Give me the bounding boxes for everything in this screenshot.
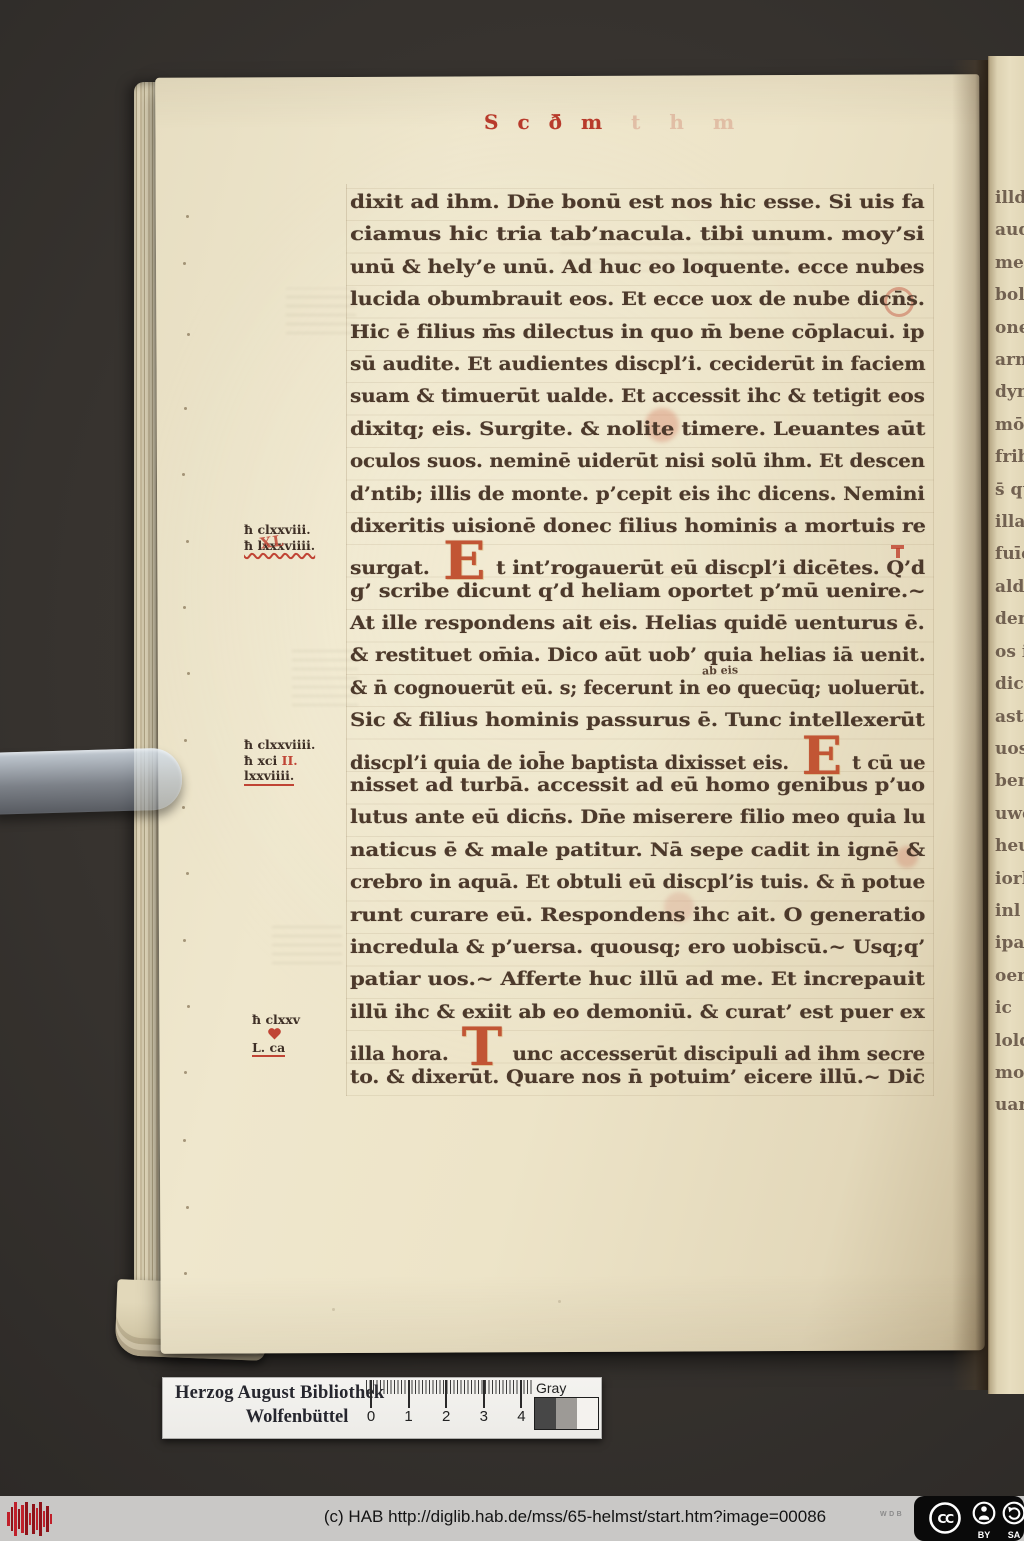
- running-title: Scð̄mthm: [484, 110, 734, 134]
- pricking-dot: [183, 1139, 186, 1142]
- facing-page-line: mola d: [995, 1057, 1024, 1089]
- logo-bar: [25, 1502, 28, 1535]
- pricking-dot: [182, 806, 185, 809]
- logo-bar: [46, 1506, 49, 1532]
- facing-page-text: illd Paud s̄memboleonemarnmdyne imōit af…: [995, 182, 1024, 1122]
- facing-page-line: ic: [995, 992, 1024, 1024]
- ruler-unit-tick: [445, 1380, 447, 1408]
- copyright-text: (c) HAB http://diglib.hab.de/mss/65-helm…: [324, 1507, 826, 1527]
- manuscript-line: discpl’i quia de ioh̄e baptista dixisset…: [350, 737, 930, 769]
- interlinear-gloss: ab eis: [702, 663, 738, 677]
- facing-page-line: fuīe: [995, 538, 1024, 570]
- ruler-unit-tick: [370, 1380, 372, 1408]
- manuscript-line-text: unū & hely’e unū. Ad huc eo loquente. ec…: [350, 251, 924, 283]
- manuscript-line-text: d’ntib; illis de monte. p’cepit eis ihc …: [350, 478, 925, 510]
- margin-note-line: ħ clxxviiii.: [244, 737, 315, 753]
- pricking-dot: [186, 540, 189, 543]
- hab-logo-barcode-icon: [7, 1496, 52, 1541]
- facing-page-line: aldes: [995, 571, 1024, 603]
- pricking-dot: [332, 1308, 335, 1311]
- margin-note-2: ħ clxxvL. ca: [252, 1012, 300, 1057]
- page-holder-strip: [0, 747, 183, 814]
- logo-bar: [39, 1502, 42, 1536]
- manuscript-line: dixitq; eis. Surgite. & nolite timere. L…: [350, 413, 930, 445]
- manuscript-line: crebro in aquā. Et obtuli eū discpl’is t…: [350, 866, 930, 898]
- cc-logo-text: CC: [937, 1511, 954, 1526]
- manuscript-line-text: lucida obumbrauit eos. Et ecce uox de nu…: [350, 283, 925, 315]
- facing-page-line: ben ac: [995, 765, 1024, 797]
- ruler-unit-tick: [483, 1380, 485, 1408]
- logo-bar: [32, 1504, 35, 1534]
- facing-page-line: inl m: [995, 895, 1024, 927]
- margin-note-line: ħ clxxv: [252, 1012, 300, 1028]
- manuscript-line-text: incredula & p’uersa. quousq; ero uobiscū…: [350, 931, 925, 963]
- manuscript-line-text: Hic ē filius m̄s dilectus in quo m̄ bene…: [350, 316, 924, 348]
- manuscript-line-text: nisset ad turbā. accessit ad eū homo gen…: [350, 769, 925, 801]
- facing-page-line: onem: [995, 312, 1024, 344]
- pricking-dot: [184, 1071, 187, 1074]
- ruler-unit-tick: [520, 1380, 522, 1408]
- manuscript-line: Sic & filius hominis passurus ē. Tunc in…: [350, 704, 930, 736]
- margin-note-red-overlay: XL: [259, 531, 285, 552]
- grayscale-patch: [535, 1398, 556, 1429]
- manuscript-line: suam & timuerūt ualde. Et accessit ihc &…: [350, 380, 930, 412]
- manuscript-line-text: dixeritis uisionē donec filius hominis a…: [350, 510, 926, 542]
- manuscript-line-text: to. & dixerūt. Quare nos n̄ potuim’ eice…: [350, 1061, 925, 1093]
- ruler-number: 2: [438, 1408, 454, 1425]
- cc-by-label: BY: [978, 1530, 991, 1540]
- facing-page-line: demis: [995, 603, 1024, 635]
- cc-license-badge: CC BY SA: [914, 1496, 1024, 1541]
- logo-bar: [29, 1513, 31, 1525]
- red-tick-mark-stem: [896, 548, 900, 558]
- manuscript-line-text: lutus ante eū dicn̄s. Dn̄e miserere fili…: [350, 801, 926, 833]
- grayscale-patch: [556, 1398, 577, 1429]
- pricking-dot: [187, 672, 190, 675]
- pricking-dot: [186, 872, 189, 875]
- manuscript-line-text: ciamus hic tria tab’nacula. tibi unum. m…: [350, 218, 924, 250]
- manuscript-line-text: At ille respondens ait eis. Helias quidē…: [350, 607, 925, 639]
- manuscript-line-text: & restituet om̄ia. Dico aūt uob’ quia he…: [350, 639, 925, 671]
- facing-page-line: uosel: [995, 733, 1024, 765]
- facing-page-line: illd P: [995, 182, 1024, 214]
- logo-bar: [14, 1502, 17, 1536]
- manuscript-line-text: dixitq; eis. Surgite. & nolite timere. L…: [350, 413, 925, 445]
- facing-page-line: iorl fi: [995, 863, 1024, 895]
- running-title-letter: S: [484, 110, 498, 134]
- manuscript-line-text: & n̄ cognouerūt eū. s; fecerunt in eo qu…: [350, 672, 925, 704]
- pricking-dot: [187, 1005, 190, 1008]
- ruler-number: 3: [476, 1408, 492, 1425]
- manuscript-line: illū ihc & exiit ab eo demoniū. & curat’…: [350, 996, 930, 1028]
- pricking-dot: [183, 262, 186, 265]
- ruler-unit-tick: [408, 1380, 410, 1408]
- ruler-number: 1: [401, 1408, 417, 1425]
- manuscript-line: lutus ante eū dicn̄s. Dn̄e miserere fili…: [350, 801, 930, 833]
- person-icon: [981, 1506, 987, 1512]
- ruler-fine-ticks: [366, 1380, 534, 1394]
- facing-page-line: ipar: [995, 927, 1024, 959]
- cc-sa-label: SA: [1008, 1530, 1021, 1540]
- manuscript-line: oculos suos. neminē uiderūt nisi solū ih…: [350, 445, 930, 477]
- pricking-dot: [182, 473, 185, 476]
- library-name: Herzog August Bibliothek: [175, 1383, 384, 1404]
- person-body-icon: [979, 1515, 989, 1519]
- pricking-dot: [184, 1272, 187, 1275]
- running-title-letter-faint: t: [631, 110, 640, 134]
- pricking-dot: [184, 739, 187, 742]
- manuscript-line: unū & hely’e unū. Ad huc eo loquente. ec…: [350, 251, 930, 283]
- manuscript-line-text: illū ihc & exiit ab eo demoniū. & curat’…: [350, 996, 925, 1028]
- show-through-blotch: [292, 648, 358, 706]
- manuscript-line: ciamus hic tria tab’nacula. tibi unum. m…: [350, 218, 930, 250]
- manuscript-line: & restituet om̄ia. Dico aūt uob’ quia he…: [350, 639, 930, 671]
- logo-bar: [11, 1507, 13, 1531]
- pricking-dot: [184, 407, 187, 410]
- manuscript-line: dixeritis uisionē donec filius hominis a…: [350, 510, 930, 542]
- footer-bar: (c) HAB http://diglib.hab.de/mss/65-helm…: [0, 1496, 1024, 1541]
- manuscript-line: & n̄ cognouerūt eū. s; fecerunt in eo qu…: [350, 672, 930, 704]
- grayscale-patch: [577, 1398, 598, 1429]
- facing-page-line: oem: [995, 960, 1024, 992]
- margin-note-line: L. ca: [252, 1040, 285, 1058]
- manuscript-line: d’ntib; illis de monte. p’cepit eis ihc …: [350, 478, 930, 510]
- logo-bar: [21, 1505, 24, 1533]
- manuscript-line: dixit ad ihm. Dn̄e bonū est nos hic esse…: [350, 186, 930, 218]
- manuscript-line-text: suam & timuerūt ualde. Et accessit ihc &…: [350, 380, 925, 412]
- manuscript-line: g’ scribe dicunt q’d heliam oportet p’mū…: [350, 575, 930, 607]
- manuscript-line-text: patiar uos.~ Afferte huc illū ad me. Et …: [350, 963, 925, 995]
- grayscale-patches: [534, 1397, 599, 1430]
- manuscript-line: nisset ad turbā. accessit ad eū homo gen…: [350, 769, 930, 801]
- facing-page-line: lolqu: [995, 1025, 1024, 1057]
- manuscript-line-text: oculos suos. neminē uiderūt nisi solū ih…: [350, 445, 925, 477]
- facing-page-line: fribe: [995, 441, 1024, 473]
- margin-note-line: lxxviiii.: [244, 768, 294, 786]
- facing-page-line: os ip: [995, 636, 1024, 668]
- manuscript-line: illa hora. Tunc accesserūt discipuli ad …: [350, 1028, 930, 1060]
- facing-page-line: dyne i: [995, 376, 1024, 408]
- manuscript-line-text: naticus ē & male patitur. Nā sepe cadit …: [350, 834, 925, 866]
- manuscript-line-text: dixit ad ihm. Dn̄e bonū est nos hic esse…: [350, 186, 924, 218]
- margin-note-1: ħ clxxviiii.ħ xci II.lxxviiii.: [244, 737, 315, 786]
- pricking-dot: [186, 1206, 189, 1209]
- manuscript-line: Hic ē filius m̄s dilectus in quo m̄ bene…: [350, 316, 930, 348]
- show-through-blotch: [272, 924, 342, 964]
- logo-bar: [7, 1512, 10, 1526]
- ruler-number: 0: [363, 1408, 379, 1425]
- calibration-card: Herzog August Bibliothek Wolfenbüttel 01…: [162, 1377, 602, 1439]
- facing-page-line: aud s̄: [995, 214, 1024, 246]
- running-title-letter: ð̄: [549, 110, 562, 134]
- facing-page-line: arnm: [995, 344, 1024, 376]
- manuscript-line: naticus ē & male patitur. Nā sepe cadit …: [350, 834, 930, 866]
- facing-page-line: illag: [995, 506, 1024, 538]
- pricking-dot: [558, 1300, 561, 1303]
- photo-stage: Scð̄mthm dixit ad ihm. Dn̄e bonū est nos…: [0, 0, 1024, 1541]
- logo-bar: [18, 1509, 20, 1529]
- by-circle-icon: [974, 1503, 995, 1524]
- manuscript-line: runt curare eū. Respondens ihc ait. O ge…: [350, 899, 930, 931]
- pricking-dot: [187, 333, 190, 336]
- logo-bar: [43, 1511, 45, 1527]
- pricking-dot: [183, 606, 186, 609]
- red-paraph-heart-mark: [270, 1030, 280, 1040]
- margin-note-line: ħ xci II.: [244, 753, 298, 769]
- running-title-letter: m: [581, 110, 602, 134]
- logo-bar: [36, 1508, 38, 1530]
- manuscript-line-text: sū audite. Et audientes discpl’i. cecide…: [350, 348, 925, 380]
- manuscript-line: to. & dixerūt. Quare nos n̄ potuim’ eice…: [350, 1061, 930, 1093]
- facing-page-line: astū: [995, 701, 1024, 733]
- show-through-blotch: [286, 288, 356, 334]
- manuscript-line-text: runt curare eū. Respondens ihc ait. O ge…: [350, 899, 925, 931]
- facing-page-sliver: illd Paud s̄memboleonemarnmdyne imōit af…: [988, 56, 1024, 1394]
- text-block: dixit ad ihm. Dn̄e bonū est nos hic esse…: [350, 186, 930, 1093]
- facing-page-line: uaris: [995, 1089, 1024, 1121]
- manuscript-line: surgat. Et int’rogauerūt eū discpl’i dic…: [350, 542, 930, 574]
- manuscript-line: incredula & p’uersa. quousq; ero uobiscū…: [350, 931, 930, 963]
- manuscript-line-text: crebro in aquā. Et obtuli eū discpl’is t…: [350, 866, 925, 898]
- pricking-dot: [186, 215, 189, 218]
- facing-page-line: uwe f: [995, 798, 1024, 830]
- facing-page-line: dicem: [995, 668, 1024, 700]
- facing-page-line: mem: [995, 247, 1024, 279]
- facing-page-line: bole: [995, 279, 1024, 311]
- facing-page-line: s̄ qui: [995, 474, 1024, 506]
- facing-page-line: heur: [995, 830, 1024, 862]
- decorated-initial: E: [802, 742, 842, 772]
- running-title-letter-faint: h: [669, 110, 684, 134]
- margin-note-0: ħ clxxviii.ħ lxxxviiii.XL: [244, 522, 315, 553]
- manuscript-line: patiar uos.~ Afferte huc illū ad me. Et …: [350, 963, 930, 995]
- facing-page-line: mōit a: [995, 409, 1024, 441]
- manuscript-line: sū audite. Et audientes discpl’i. cecide…: [350, 348, 930, 380]
- wdb-label: WDB: [880, 1511, 904, 1518]
- manuscript-line-text: g’ scribe dicunt q’d heliam oportet p’mū…: [350, 575, 925, 607]
- running-title-letter: c: [517, 110, 529, 134]
- decorated-initial: E: [443, 547, 485, 577]
- decorated-initial: T: [462, 1033, 502, 1063]
- manuscript-line: lucida obumbrauit eos. Et ecce uox de nu…: [350, 283, 930, 315]
- ruler-number: 4: [513, 1408, 529, 1425]
- manuscript-line: At ille respondens ait eis. Helias quidē…: [350, 607, 930, 639]
- cc-by-sa-icons: CC BY SA: [914, 1496, 1024, 1541]
- running-title-letter-faint: m: [713, 110, 734, 134]
- sa-circle-icon: [1004, 1503, 1024, 1524]
- logo-bar: [50, 1514, 52, 1524]
- pricking-dot: [183, 939, 186, 942]
